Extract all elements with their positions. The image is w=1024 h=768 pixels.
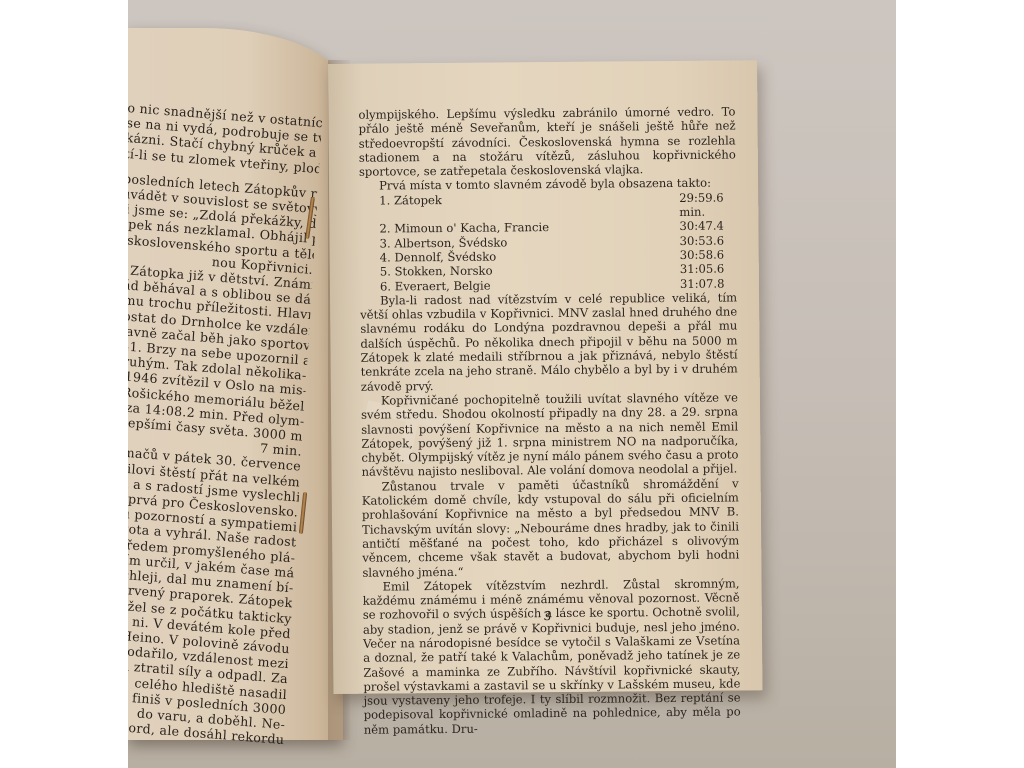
right-page: ✕ olympijského. Lepšímu výsledku zabráni… (328, 60, 762, 694)
results-row: 1. Zátopek 29:59.6 min. (379, 190, 736, 222)
runner-time: 30:58.6 (680, 247, 737, 262)
runner-name: Dennolf, Švédsko (394, 250, 496, 265)
runner-name: Everaert, Belgie (395, 278, 491, 293)
results-table: 1. Zátopek 29:59.6 min. 2. Mimoun o' Kac… (379, 190, 737, 293)
paragraph: Byla-li radost nad vítězstvím v celé rep… (360, 290, 738, 393)
right-page-text: olympijského. Lepšímu výsledku zabránilo… (358, 104, 740, 736)
left-page: o nic snadnější než v ostatních se na ni… (128, 28, 343, 740)
book-photo: o nic snadnější než v ostatních se na ni… (128, 0, 896, 768)
runner-name: Mimoun o' Kacha, Francie (394, 220, 549, 235)
paragraph: Kopřivničané pochopitelně toužili uvítat… (361, 390, 739, 479)
runner-name: Stokken, Norsko (395, 264, 493, 279)
runner-time: 30:47.4 (679, 219, 736, 234)
runner-time: 31:07.8 (680, 276, 737, 291)
runner-name: Zátopek (394, 193, 442, 207)
paragraph: Emil Zátopek vítězstvím nezhrdl. Zůstal … (363, 576, 741, 737)
runner-name: Albertson, Švédsko (394, 235, 507, 250)
runner-time: 29:59.6 min. (679, 190, 736, 219)
paragraph: Zůstanou trvale v paměti účastníků shrom… (362, 476, 740, 579)
runner-time: 31:05.6 (680, 262, 737, 277)
runner-time: 30:53.6 (679, 233, 736, 248)
paragraph: olympijského. Lepšímu výsledku zabránilo… (358, 104, 736, 179)
left-page-text: o nic snadnější než v ostatních se na ni… (128, 100, 322, 747)
